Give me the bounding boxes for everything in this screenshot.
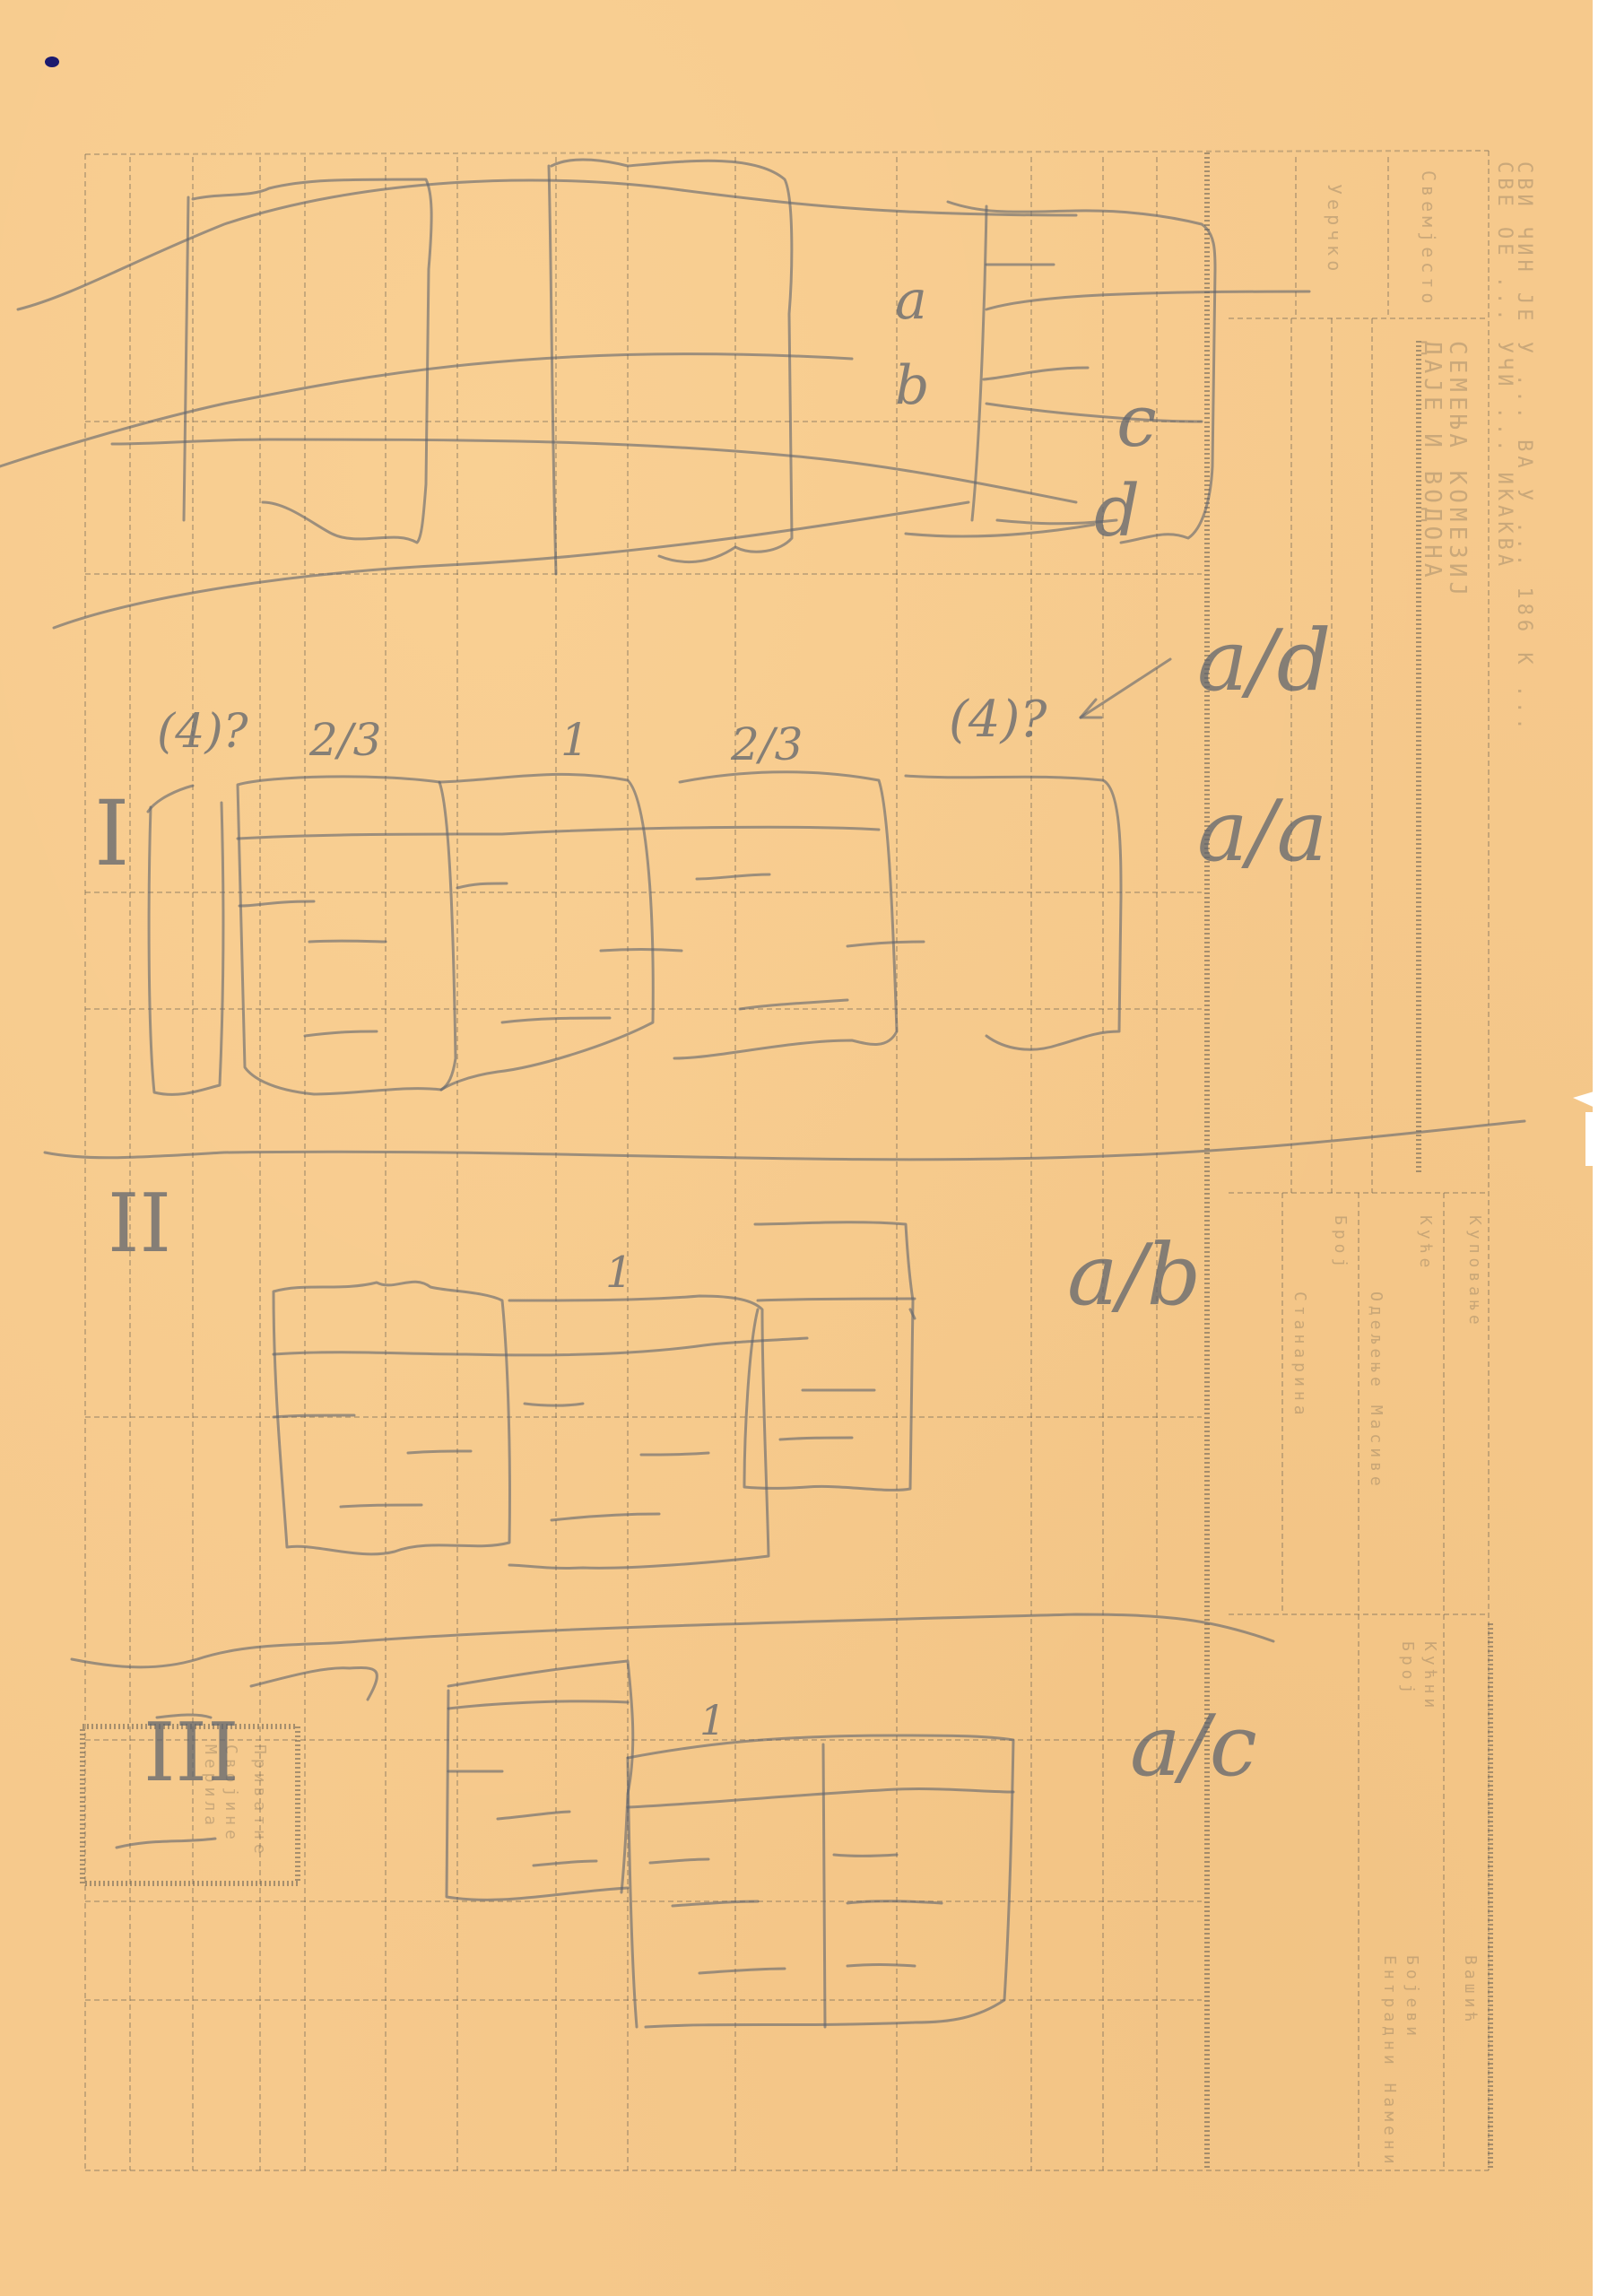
label-col-2-3: 2/3 <box>309 717 381 762</box>
sketch-box <box>948 202 1215 543</box>
sketch-box <box>274 1282 509 1554</box>
sketch-box <box>628 1735 1013 2027</box>
sketch-box <box>674 772 897 1058</box>
sketch-box <box>744 1222 913 1491</box>
sketch-dash <box>305 1031 377 1036</box>
sketch-box <box>184 197 188 520</box>
sketch-dash <box>408 1451 471 1453</box>
arrow-stroke <box>1081 659 1170 717</box>
sketch-box <box>906 776 1121 1049</box>
sketch-dash <box>673 1901 758 1906</box>
pencil-sketches <box>0 0 1607 2296</box>
label-col-1: 1 <box>699 1700 725 1741</box>
label-c: c <box>1116 386 1157 457</box>
sketch-stroke <box>117 1839 215 1848</box>
sketch-box <box>549 166 556 574</box>
section-roman-III: III <box>143 1713 239 1794</box>
sketch-box <box>972 206 986 520</box>
ratio-a-c: a/c <box>1130 1704 1257 1789</box>
sketch-dash <box>650 1859 708 1863</box>
sketch-stroke <box>274 1338 807 1355</box>
section-roman-I: I <box>94 789 130 879</box>
sketch-box <box>193 179 431 543</box>
sketch-dash <box>847 942 924 946</box>
sketch-stroke <box>758 1299 915 1300</box>
sketch-dash <box>697 874 769 879</box>
sketch-dash <box>780 1438 852 1439</box>
sketch-dash <box>457 883 507 888</box>
sketch-dash <box>534 1861 596 1865</box>
sketch-dash <box>309 941 386 942</box>
sketch-dash <box>552 1514 659 1520</box>
label-b: b <box>895 359 929 413</box>
sketch-stroke <box>112 439 1076 502</box>
sketch-box <box>448 1661 633 1892</box>
sketch-dash <box>740 1000 847 1009</box>
sketch-dash <box>641 1453 708 1455</box>
ratio-a-a: a/a <box>1197 789 1327 874</box>
label-col-1: 1 <box>560 717 589 762</box>
sketch-dash <box>601 950 682 952</box>
sketch-dash <box>274 1415 354 1417</box>
sketch-stroke <box>986 291 1309 309</box>
sketch-box <box>148 786 193 812</box>
sketch-box <box>447 1691 628 1900</box>
label-a: a <box>895 274 927 327</box>
sketch-stroke <box>628 1789 1013 1807</box>
sketch-dash <box>498 1812 569 1819</box>
sketch-dash <box>699 1969 785 1973</box>
sketch-box <box>552 160 792 562</box>
sketch-stroke <box>906 525 1094 536</box>
sketch-stroke <box>984 368 1088 379</box>
ratio-a-d: a/d <box>1197 619 1331 704</box>
sketch-dash <box>341 1505 421 1507</box>
sketch-box <box>238 777 456 1094</box>
scanned-paper-sheet: СВИ ЧИН ЈЕ У ... ВА У ... 186 К ... СВЕ … <box>0 0 1607 2296</box>
sketch-dash <box>834 1855 897 1857</box>
sketch-box <box>509 1296 769 1568</box>
sketch-dash <box>847 1965 915 1967</box>
label-col-1: 1 <box>605 1251 633 1294</box>
ratio-a-b: a/b <box>1067 1233 1201 1318</box>
sketch-stroke <box>238 827 879 839</box>
sketch-stroke <box>448 1701 628 1709</box>
sketch-dash <box>847 1901 942 1903</box>
arrow-stroke <box>1081 700 1101 717</box>
label-col-2-3: 2/3 <box>731 722 803 767</box>
label-left-4: (4)? <box>157 709 248 755</box>
sketch-box <box>149 803 223 1094</box>
label-d: d <box>1094 475 1140 547</box>
sketch-box <box>628 1758 637 2027</box>
sketch-box <box>439 774 653 1090</box>
sketch-stroke <box>54 502 969 628</box>
label-right-4: (4)? <box>949 695 1047 745</box>
sketch-box <box>251 1667 377 1700</box>
sketch-separator <box>45 1121 1524 1160</box>
sketch-dash <box>502 1018 610 1022</box>
section-roman-II: II <box>108 1184 171 1265</box>
sketch-dash <box>239 901 314 906</box>
sketch-dash <box>525 1404 583 1405</box>
sketch-separator <box>72 1614 1273 1667</box>
sketch-box <box>823 1744 825 2027</box>
sketch-stroke <box>986 404 1202 422</box>
